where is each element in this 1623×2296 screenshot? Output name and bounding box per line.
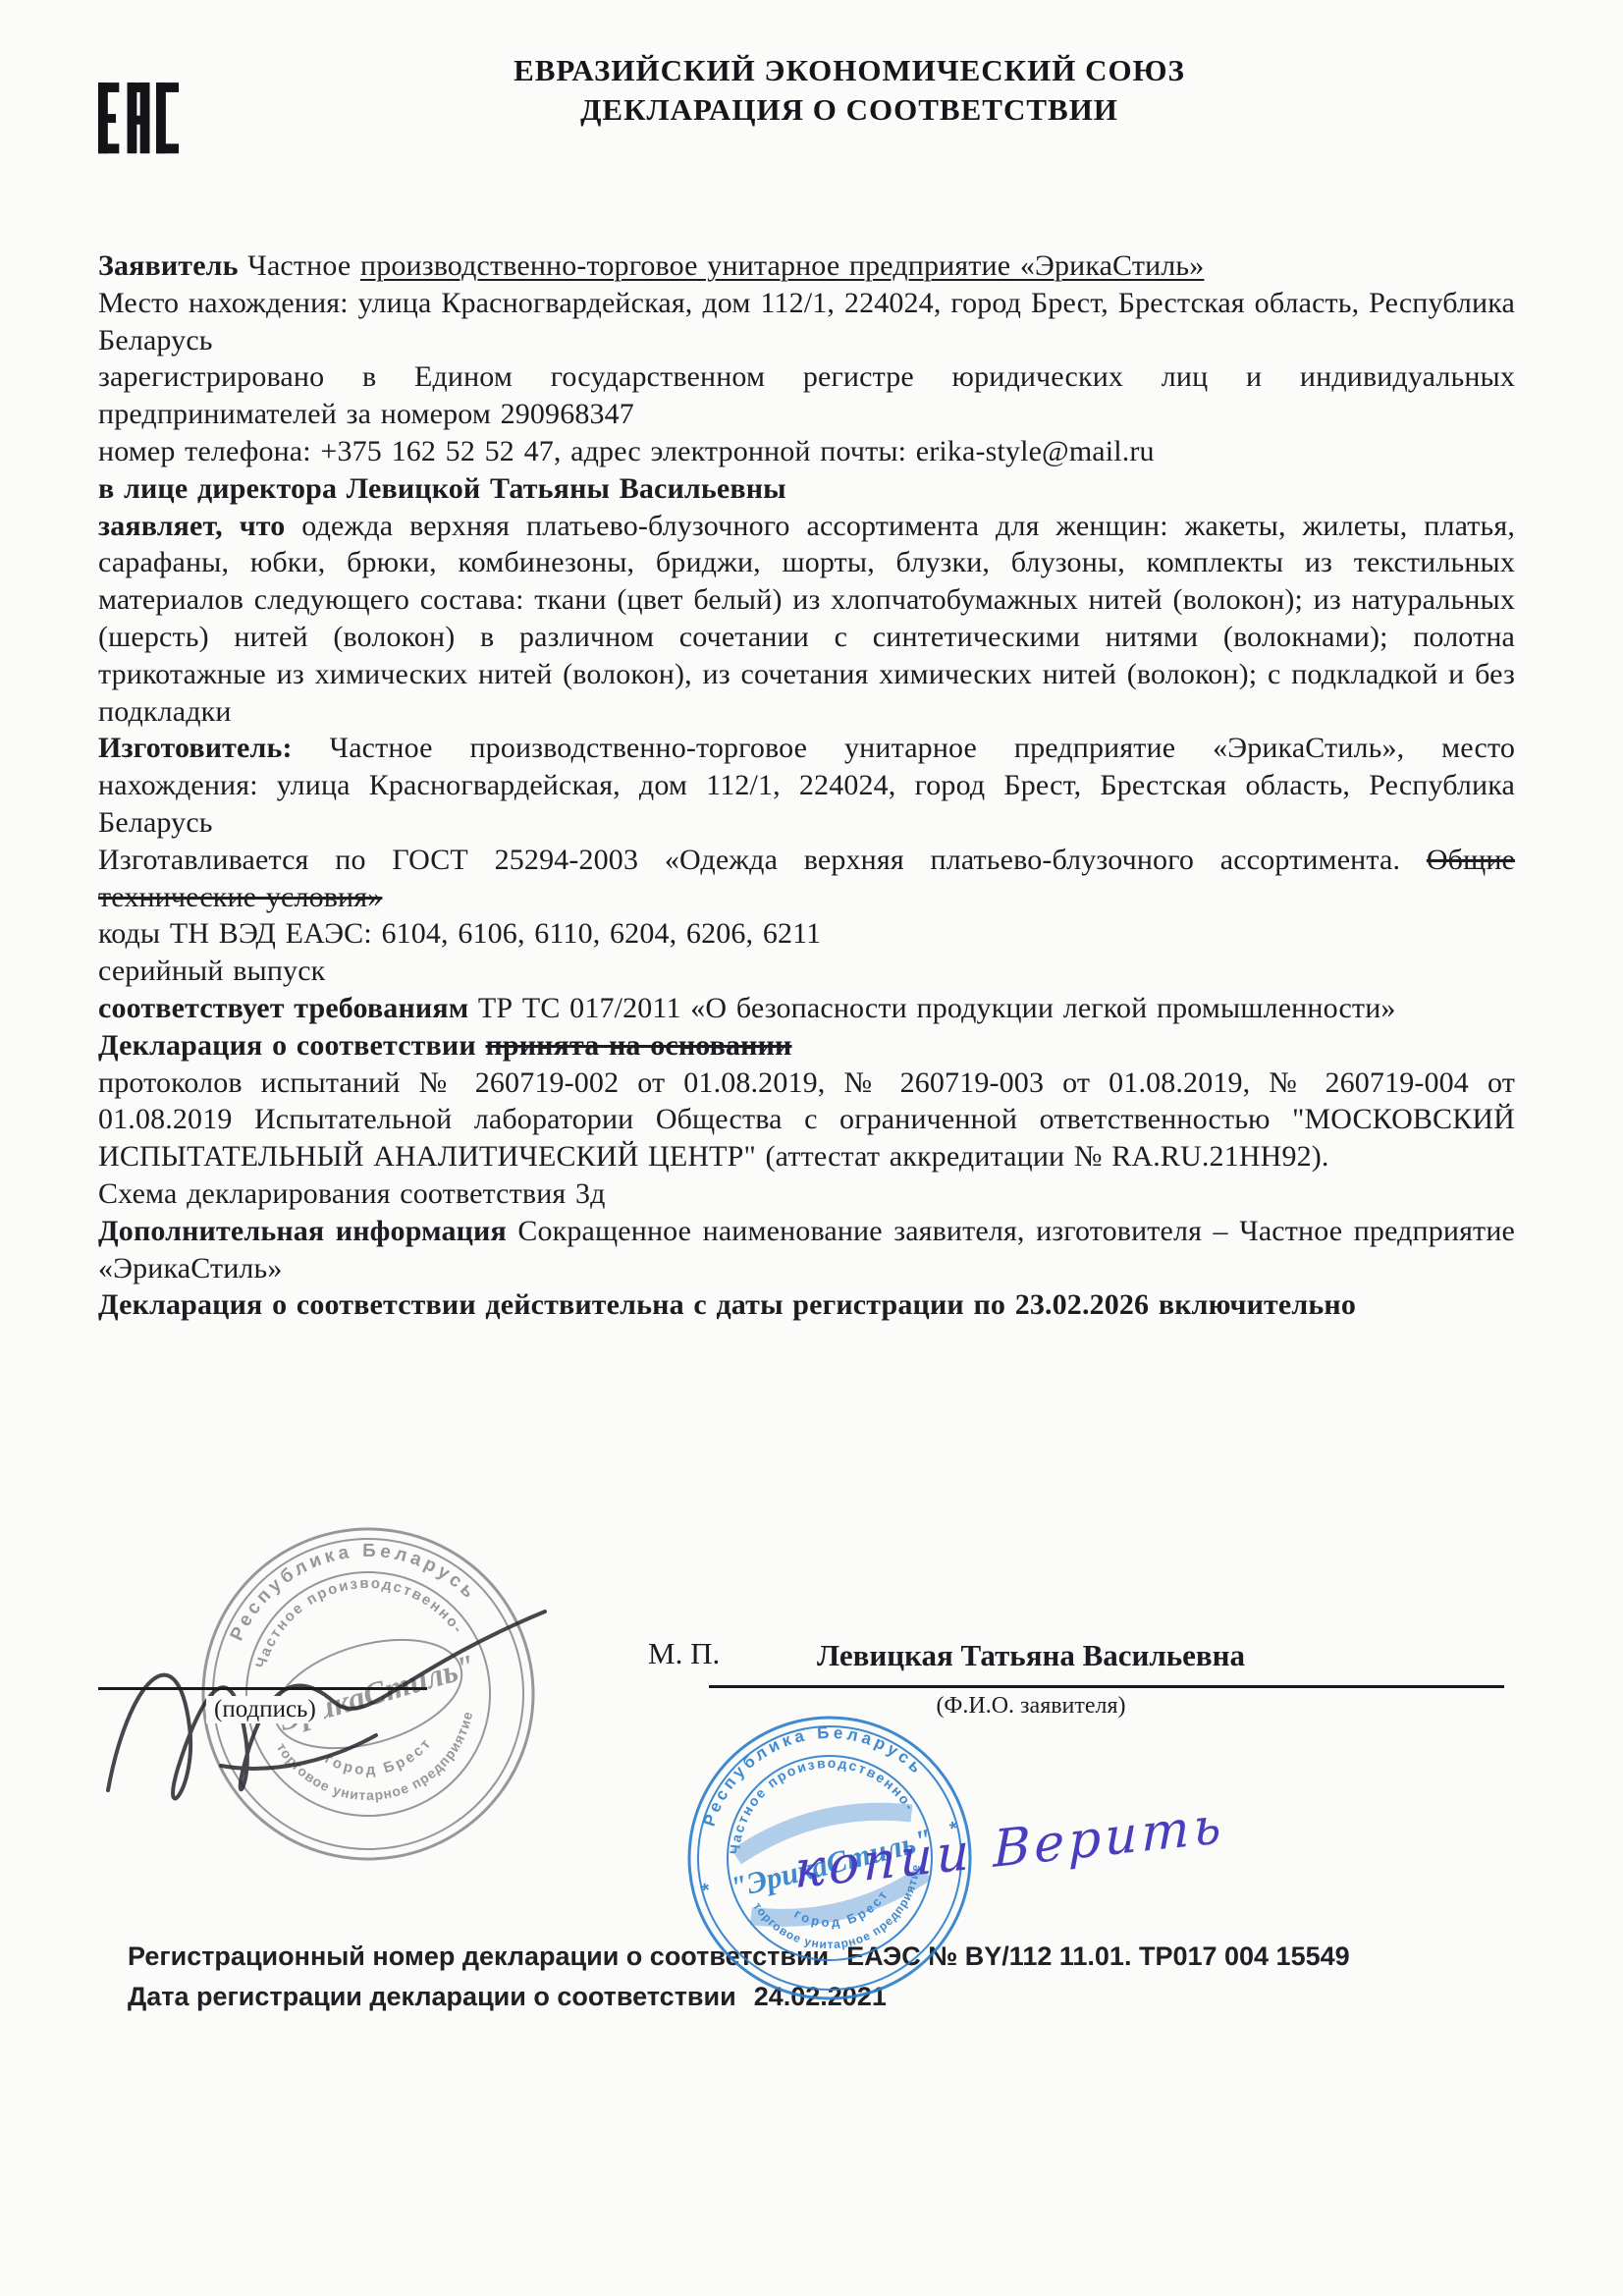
paragraph-director: в лице директора Левицкой Татьяны Василь… [98, 470, 1515, 508]
paragraph-scheme: Схема декларирования соответствия 3д [98, 1175, 1515, 1213]
signer-name: Левицкая Татьяна Васильевна [717, 1638, 1345, 1673]
text-segment: заявляет, что [98, 510, 285, 542]
text-segment: Дополнительная информация [98, 1215, 507, 1247]
handwritten-signature [83, 1525, 574, 1839]
text-segment: одежда верхняя платьево-блузочного ассор… [98, 510, 1515, 728]
stamp-blue-asterisk-left: * [700, 1880, 713, 1902]
paragraph-registration: зарегистрировано в Едином государственно… [98, 358, 1515, 433]
signer-name-line [709, 1685, 1504, 1688]
text-segment: Частное [239, 249, 360, 282]
text-segment: Декларация о соответствии [98, 1029, 485, 1062]
document-body: Заявитель Частное производственно-торгов… [98, 247, 1515, 1324]
text-segment: соответствует требованиям [98, 992, 468, 1024]
paragraph-gost: Изготавливается по ГОСТ 25294-2003 «Одеж… [98, 842, 1515, 916]
document-header: ЕВРАЗИЙСКИЙ ЭКОНОМИЧЕСКИЙ СОЮЗ ДЕКЛАРАЦИ… [324, 51, 1375, 130]
paragraph-codes: коды ТН ВЭД ЕАЭС: 6104, 6106, 6110, 6204… [98, 915, 1515, 953]
paragraph-declares: заявляет, что одежда верхняя платьево-бл… [98, 508, 1515, 731]
text-segment: ТР ТС 017/2011 «О безопасности продукции… [468, 992, 1395, 1024]
paragraph-protocols: протоколов испытаний № 260719-002 от 01.… [98, 1065, 1515, 1175]
text-segment: протоколов испытаний № 260719-002 от 01.… [98, 1066, 1515, 1174]
paragraph-contacts: номер телефона: +375 162 52 52 47, адрес… [98, 433, 1515, 470]
text-segment: коды ТН ВЭД ЕАЭС: 6104, 6106, 6110, 6204… [98, 917, 821, 950]
text-segment: Схема декларирования соответствия 3д [98, 1177, 606, 1210]
signer-caption: (Ф.И.О. заявителя) [717, 1693, 1345, 1720]
text-segment: Место нахождения: улица Красногвардейска… [98, 287, 1515, 356]
union-title: ЕВРАЗИЙСКИЙ ЭКОНОМИЧЕСКИЙ СОЮЗ [324, 51, 1375, 90]
eac-mark-icon [98, 75, 179, 163]
paragraph-serial: серийный выпуск [98, 953, 1515, 990]
text-segment: номер телефона: +375 162 52 52 47, адрес… [98, 435, 1155, 467]
paragraph-basis-heading: Декларация о соответствии принята на осн… [98, 1027, 1515, 1065]
text-segment: производственно-торговое унитарное предп… [360, 249, 1204, 282]
registration-date-label: Дата регистрации декларации о соответств… [128, 1982, 736, 2011]
paragraph-additional-info: Дополнительная информация Сокращенное на… [98, 1213, 1515, 1287]
paragraph-validity: Декларация о соответствии действительна … [98, 1286, 1515, 1324]
paragraph-compliance: соответствует требованиям ТР ТС 017/2011… [98, 990, 1515, 1027]
signature-caption: (подпись) [206, 1696, 324, 1723]
text-segment: зарегистрировано в Едином государственно… [98, 360, 1515, 430]
paragraph-address: Место нахождения: улица Красногвардейска… [98, 285, 1515, 359]
text-segment: принята на основании [485, 1029, 791, 1062]
text-segment: Декларация о соответствии действительна … [98, 1288, 1356, 1321]
text-segment: Заявитель [98, 249, 239, 282]
paragraph-manufacturer: Изготовитель: Частное производственно-то… [98, 730, 1515, 841]
text-segment: Частное производственно-торговое унитарн… [98, 732, 1515, 839]
stamp-place-label: М. П. [648, 1636, 720, 1671]
document-title: ДЕКЛАРАЦИЯ О СООТВЕТСТВИИ [324, 90, 1375, 130]
paragraph-applicant: Заявитель Частное производственно-торгов… [98, 247, 1515, 285]
signature-line [98, 1687, 427, 1690]
text-segment: серийный выпуск [98, 955, 325, 987]
declaration-document: ЕВРАЗИЙСКИЙ ЭКОНОМИЧЕСКИЙ СОЮЗ ДЕКЛАРАЦИ… [0, 0, 1623, 2296]
text-segment: в лице директора Левицкой Татьяны Василь… [98, 472, 786, 505]
text-segment: Изготовитель: [98, 732, 293, 764]
text-segment: Изготавливается по ГОСТ 25294-2003 «Одеж… [98, 844, 1427, 876]
